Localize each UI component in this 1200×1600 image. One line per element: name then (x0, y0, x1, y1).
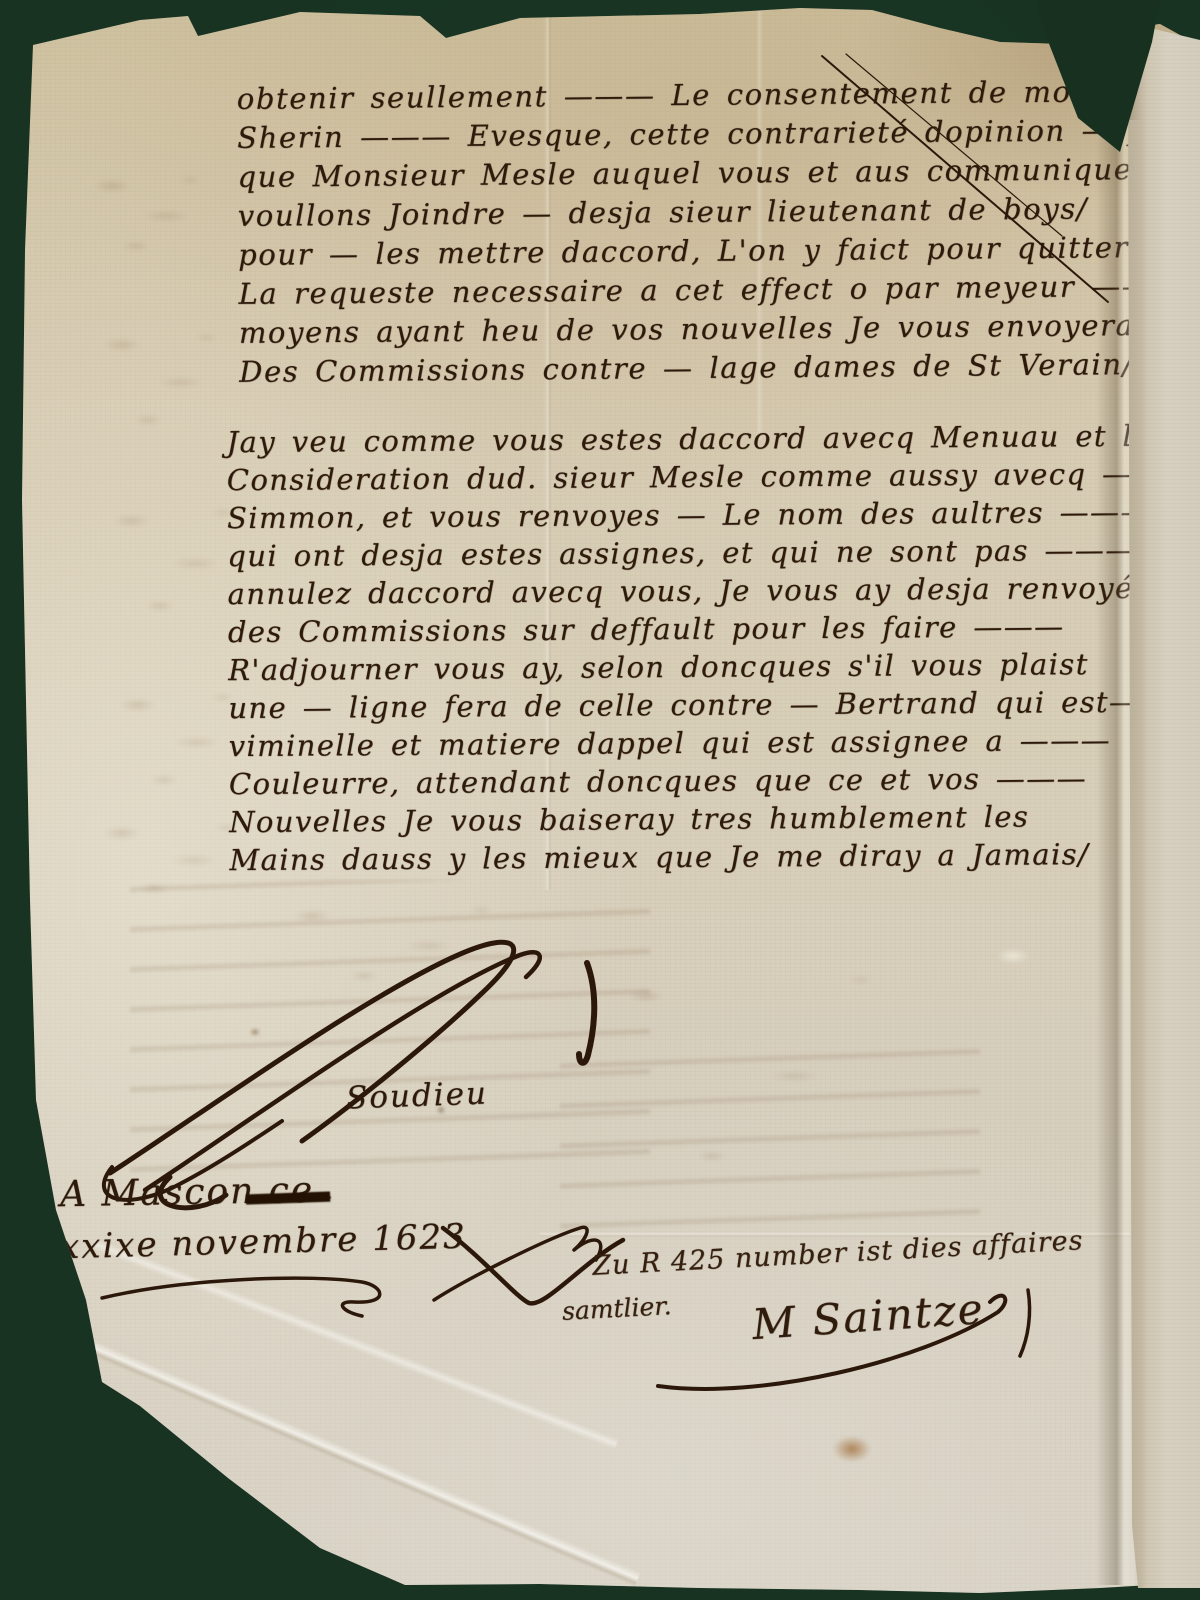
diagonal-crease (64, 1330, 641, 1587)
ink-bleedthrough (112, 660, 242, 810)
handwritten-line: Des Commissions contre — lage dames de S… (239, 345, 1139, 392)
fold-shadow (1096, 120, 1142, 1585)
docket-line: Zu R 425 number ist dies affaires (592, 1225, 1085, 1282)
folded-corner (148, 1498, 298, 1564)
handwritten-line: des Commissions sur deffault pour les fa… (228, 607, 1133, 651)
handwritten-line: Consideration dud. sieur Mesle comme aus… (227, 455, 1132, 499)
ink-bleedthrough (260, 880, 520, 1000)
docket-signature: M Saintze (751, 1284, 986, 1349)
handwritten-line: viminelle et matiere dappel qui est assi… (229, 721, 1134, 765)
date-line: xxixe novembre 1623 (60, 1217, 468, 1268)
ink-bleedthrough (560, 1040, 980, 1240)
diagonal-crease (92, 1238, 619, 1450)
docket-line: samtlier. (561, 1291, 672, 1326)
handwritten-line: Couleurre, attendant doncques que ce et … (229, 759, 1134, 803)
handwritten-line: qui ont desja estes assignes, et qui ne … (227, 531, 1132, 575)
paper-scuff (996, 948, 1030, 964)
handwritten-line: Nouvelles Je vous baiseray tres humbleme… (229, 797, 1134, 841)
letter-paragraph-2: Jay veu comme vous estes daccord avecq M… (226, 417, 1134, 879)
ink-bleedthrough (96, 300, 226, 450)
ink-speck (250, 1028, 260, 1036)
ink-stain (833, 1436, 871, 1462)
handwritten-line: annulez daccord avecq vous, Je vous ay d… (227, 569, 1132, 613)
ink-bleedthrough (580, 900, 910, 1220)
handwritten-line: Simmon, et vous renvoyes — Le nom des au… (227, 493, 1132, 537)
photo-background: obtenir seullement ——— Le consentement d… (0, 0, 1200, 1600)
ink-bleedthrough (88, 150, 208, 270)
ink-bleedthrough (90, 800, 250, 910)
handwritten-line: une — ligne fera de celle contre — Bertr… (228, 683, 1133, 727)
handwritten-line: Mains dauss y les mieux que Je me diray … (229, 835, 1134, 879)
manuscript-page: obtenir seullement ——— Le consentement d… (0, 0, 1200, 1600)
ink-bleedthrough (104, 470, 244, 640)
date-underline-flourish (90, 1268, 420, 1328)
handwritten-line: Jay veu comme vous estes daccord avecq M… (226, 417, 1131, 461)
handwritten-line: R'adjourner vous ay, selon doncques s'il… (228, 645, 1133, 689)
closing-signature: Soudieu (345, 1076, 488, 1117)
ink-strikethrough: ——— (245, 1179, 330, 1217)
ink-bleedthrough (130, 880, 650, 1180)
letter-paragraph-1: obtenir seullement ——— Le consentement d… (237, 72, 1140, 392)
